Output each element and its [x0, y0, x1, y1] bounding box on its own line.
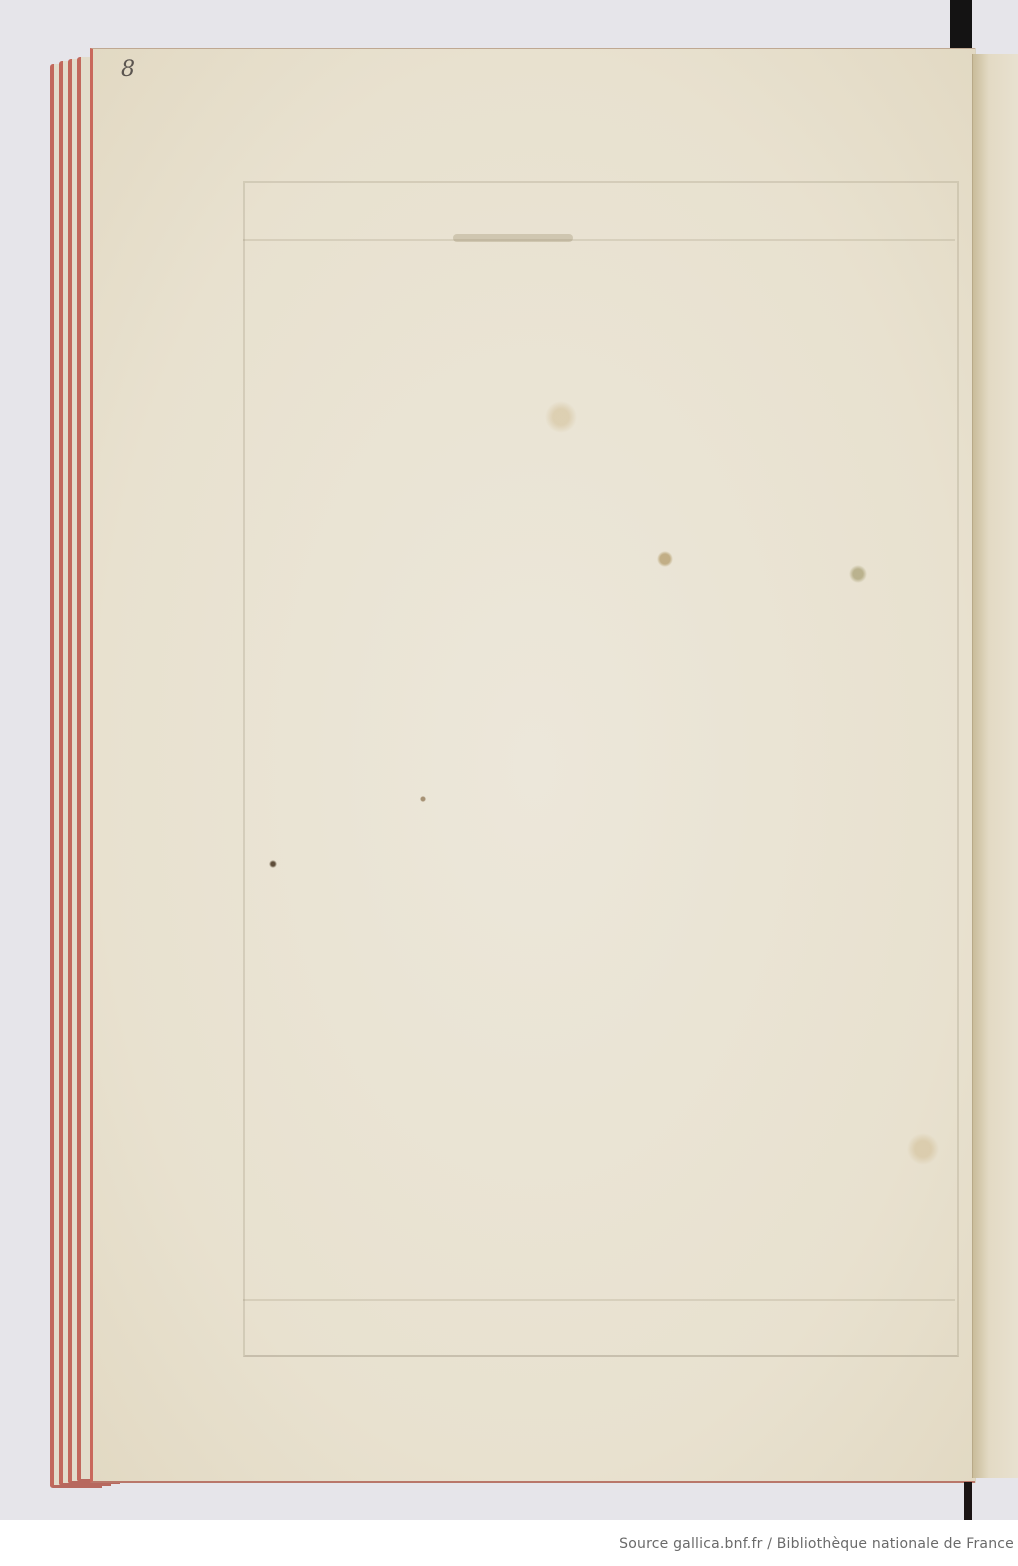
offset-plate-frame	[243, 181, 959, 1357]
scan-image: 8	[0, 0, 1018, 1520]
offset-title-smudge	[453, 234, 573, 242]
bookmark-ribbon-top	[950, 0, 972, 50]
facing-page-edge	[972, 54, 1018, 1478]
offset-rule-bottom	[243, 1299, 955, 1301]
source-credit: Source gallica.bnf.fr / Bibliothèque nat…	[619, 1536, 1014, 1552]
offset-rule-top	[243, 239, 955, 241]
book-page: 8	[90, 48, 975, 1483]
bookmark-ribbon-bottom	[964, 1482, 972, 1520]
handwritten-folio-number: 8	[121, 57, 135, 82]
